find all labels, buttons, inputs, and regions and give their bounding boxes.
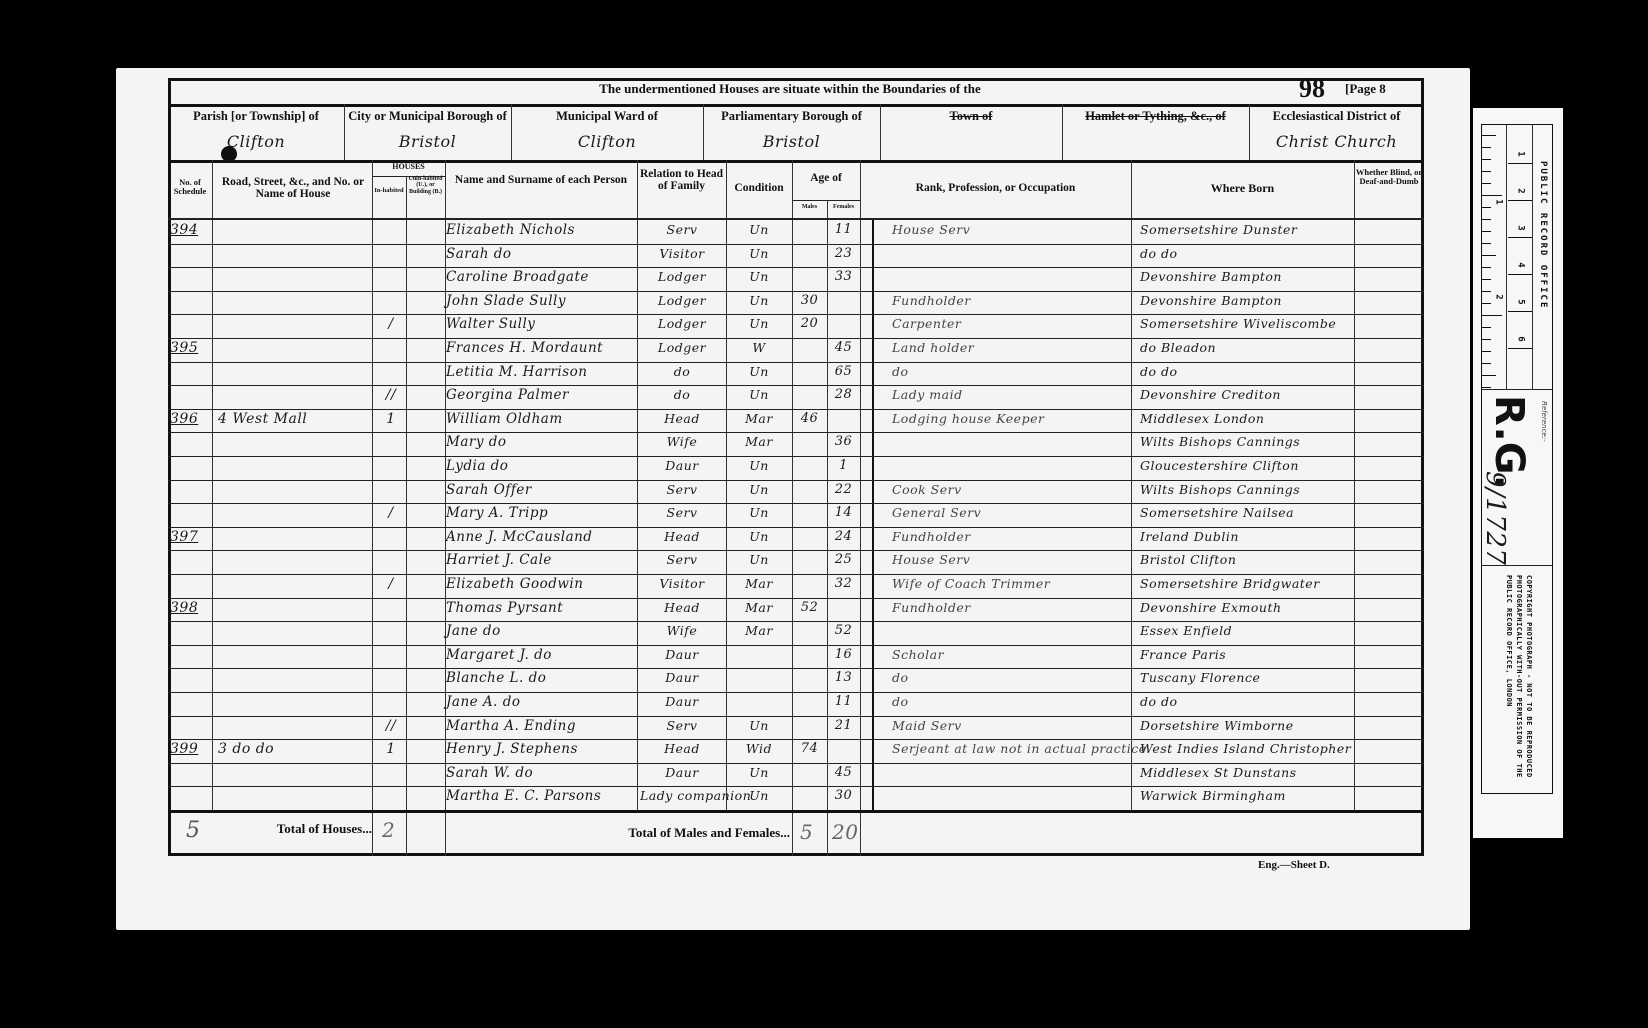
cell-born: Warwick Birmingham	[1134, 788, 1360, 803]
cell-occupation: Lodging house Keeper	[878, 411, 1142, 426]
cell-born: Somersetshire Dunster	[1134, 222, 1360, 237]
cell-name: Walter Sully	[440, 316, 646, 332]
cell-relation: Daur	[640, 458, 724, 473]
record-office-ruler-card: 12123456PUBLIC RECORD OFFICEReference:-R…	[1473, 108, 1563, 838]
cell-condition: Mar	[728, 434, 790, 449]
cell-name: William Oldham	[440, 411, 646, 427]
ruler-cm-mark: 2	[1516, 188, 1526, 193]
cell-female: 21	[827, 718, 860, 733]
header-blind: Whether Blind, or Deaf-and-Dumb	[1354, 168, 1424, 186]
cell-born: Devonshire Bampton	[1134, 293, 1360, 308]
cell-born: Wilts Bishops Cannings	[1134, 434, 1360, 449]
header-uninhabited: Unin-habited (U.), or Building (B.)	[406, 176, 445, 195]
ruler-inch-mark: 1	[1494, 199, 1504, 204]
cell-female: 33	[827, 269, 860, 284]
cell-occupation: Land holder	[878, 340, 1142, 355]
cell-inhabited: /	[376, 576, 406, 592]
cell-relation: Daur	[640, 647, 724, 662]
cell-born: Middlesex London	[1134, 411, 1360, 426]
cell-male: 74	[792, 741, 827, 756]
header-females: Females	[827, 204, 860, 210]
cell-condition: Un	[728, 316, 790, 331]
cell-name: Lydia do	[440, 458, 646, 474]
cell-condition: Mar	[728, 600, 790, 615]
cell-born: Devonshire Crediton	[1134, 387, 1360, 402]
boundary-value-3: Bristol	[703, 132, 880, 151]
cell-name: Sarah Offer	[440, 482, 646, 498]
cell-condition: Un	[728, 505, 790, 520]
cell-female: 23	[827, 246, 860, 261]
total-houses-value: 2	[382, 818, 395, 842]
cell-female: 22	[827, 482, 860, 497]
cell-born: France Paris	[1134, 647, 1360, 662]
ruler-cm-mark: 3	[1516, 225, 1526, 230]
cell-relation: Head	[640, 529, 724, 544]
cell-condition: Un	[728, 387, 790, 402]
cell-relation: Wife	[640, 434, 724, 449]
cell-condition: Wid	[728, 741, 790, 756]
cell-born: West Indies Island Christopher	[1134, 741, 1360, 756]
schedules-count: 5	[186, 818, 201, 843]
cell-relation: Visitor	[640, 246, 724, 261]
ruler-cm-mark: 6	[1516, 336, 1526, 341]
cell-name: Caroline Broadgate	[440, 269, 646, 285]
ruler-cm-mark: 5	[1516, 299, 1526, 304]
cell-female: 13	[827, 670, 860, 685]
ruler-cm-mark: 1	[1516, 151, 1526, 156]
boundary-label-1: City or Municipal Borough of	[344, 110, 511, 123]
cell-schedule: 397	[170, 529, 212, 545]
cell-relation: Wife	[640, 623, 724, 638]
header-inhabited: In-habited	[372, 188, 406, 195]
cell-inhabited: /	[376, 505, 406, 521]
cell-condition: Un	[728, 529, 790, 544]
cell-occupation: Serjeant at law not in actual practice	[878, 741, 1142, 756]
cell-female: 28	[827, 387, 860, 402]
cell-name: Elizabeth Goodwin	[440, 576, 646, 592]
cell-born: Gloucestershire Clifton	[1134, 458, 1360, 473]
cell-relation: do	[640, 364, 724, 379]
cell-relation: Lodger	[640, 340, 724, 355]
cell-condition: Mar	[728, 623, 790, 638]
cell-name: Jane A. do	[440, 694, 646, 710]
cell-schedule: 396	[170, 411, 212, 427]
cell-road: 3 do do	[218, 741, 368, 757]
cell-female: 1	[827, 458, 860, 473]
cell-occupation: Wife of Coach Trimmer	[878, 576, 1142, 591]
ruler-inch-mark: 2	[1494, 294, 1504, 299]
header-occupation: Rank, Profession, or Occupation	[860, 182, 1131, 194]
copyright-notice: COPYRIGHT PHOTOGRAPH - NOT TO BE REPRODU…	[1504, 575, 1534, 795]
total-males-value: 5	[800, 820, 813, 844]
cell-relation: Lodger	[640, 316, 724, 331]
punch-hole	[221, 146, 237, 162]
cell-born: Bristol Clifton	[1134, 552, 1360, 567]
boundary-label-6: Ecclesiastical District of	[1249, 110, 1424, 123]
cell-male: 20	[792, 316, 827, 331]
cell-occupation: do	[878, 670, 1142, 685]
cell-relation: Lady companion	[640, 788, 724, 803]
cell-name: Georgina Palmer	[440, 387, 646, 403]
reference-label: Reference:-	[1540, 401, 1548, 442]
cell-born: Tuscany Florence	[1134, 670, 1360, 685]
cell-relation: Serv	[640, 482, 724, 497]
cell-born: do do	[1134, 364, 1360, 379]
header-relation: Relation to Head of Family	[637, 168, 726, 192]
footer-text: Eng.—Sheet D.	[1258, 860, 1330, 872]
cell-born: Devonshire Bampton	[1134, 269, 1360, 284]
cell-schedule: 395	[170, 340, 212, 356]
cell-born: Somersetshire Bridgwater	[1134, 576, 1360, 591]
cell-condition: W	[728, 340, 790, 355]
cell-name: Elizabeth Nichols	[440, 222, 646, 238]
cell-relation: Serv	[640, 552, 724, 567]
boundary-label-0: Parish [or Township] of	[168, 110, 344, 123]
cell-relation: Head	[640, 411, 724, 426]
cell-condition: Un	[728, 364, 790, 379]
cell-male: 30	[792, 293, 827, 308]
boundary-value-1: Bristol	[344, 132, 511, 151]
cell-female: 32	[827, 576, 860, 591]
cell-condition: Un	[728, 788, 790, 803]
cell-born: Devonshire Exmouth	[1134, 600, 1360, 615]
header-houses: HOUSES	[372, 163, 445, 171]
cell-name: Martha A. Ending	[440, 718, 646, 734]
cell-name: Anne J. McCausland	[440, 529, 646, 545]
boundary-value-0: Clifton	[168, 132, 344, 151]
total-females-value: 20	[832, 820, 858, 844]
cell-occupation: do	[878, 694, 1142, 709]
cell-name: Sarah W. do	[440, 765, 646, 781]
cell-born: Dorsetshire Wimborne	[1134, 718, 1360, 733]
cell-inhabited: /	[376, 316, 406, 332]
cell-relation: Lodger	[640, 293, 724, 308]
cell-female: 14	[827, 505, 860, 520]
cell-born: do Bleadon	[1134, 340, 1360, 355]
cell-female: 11	[827, 694, 860, 709]
cell-occupation: House Serv	[878, 222, 1142, 237]
cell-inhabited: 1	[376, 741, 406, 757]
cell-condition: Un	[728, 246, 790, 261]
boundary-value-6: Christ Church	[1249, 132, 1424, 151]
cell-name: Letitia M. Harrison	[440, 364, 646, 380]
cell-name: Mary do	[440, 434, 646, 450]
cell-female: 30	[827, 788, 860, 803]
cell-condition: Un	[728, 269, 790, 284]
boundary-label-3: Parliamentary Borough of	[703, 110, 880, 123]
cell-relation: Head	[640, 741, 724, 756]
cell-occupation: Scholar	[878, 647, 1142, 662]
cell-born: Middlesex St Dunstans	[1134, 765, 1360, 780]
folio-number: 98	[1299, 74, 1325, 104]
cell-condition: Un	[728, 552, 790, 567]
cell-relation: Lodger	[640, 269, 724, 284]
page-label: [Page 8	[1345, 82, 1386, 96]
cell-born: Wilts Bishops Cannings	[1134, 482, 1360, 497]
cell-relation: Serv	[640, 505, 724, 520]
cell-born: Somersetshire Nailsea	[1134, 505, 1360, 520]
cell-schedule: 399	[170, 741, 212, 757]
cell-relation: Visitor	[640, 576, 724, 591]
cell-born: Somersetshire Wiveliscombe	[1134, 316, 1360, 331]
cell-name: John Slade Sully	[440, 293, 646, 309]
cell-male: 52	[792, 600, 827, 615]
boundary-label-2: Municipal Ward of	[511, 110, 703, 123]
cell-relation: Serv	[640, 718, 724, 733]
cell-relation: do	[640, 387, 724, 402]
cell-female: 11	[827, 222, 860, 237]
cell-name: Frances H. Mordaunt	[440, 340, 646, 356]
cell-female: 45	[827, 340, 860, 355]
header-name: Name and Surname of each Person	[445, 174, 637, 186]
cell-name: Thomas Pyrsant	[440, 600, 646, 616]
cell-born: do do	[1134, 246, 1360, 261]
cell-name: Mary A. Tripp	[440, 505, 646, 521]
cell-occupation: House Serv	[878, 552, 1142, 567]
cell-female: 52	[827, 623, 860, 638]
cell-occupation: Carpenter	[878, 316, 1142, 331]
header-condition: Condition	[726, 182, 792, 194]
cell-occupation: Fundholder	[878, 529, 1142, 544]
header-age-of: Age of	[792, 172, 860, 184]
cell-occupation: Maid Serv	[878, 718, 1142, 733]
cell-road: 4 West Mall	[218, 411, 368, 427]
cell-occupation: General Serv	[878, 505, 1142, 520]
cell-female: 25	[827, 552, 860, 567]
cell-name: Blanche L. do	[440, 670, 646, 686]
cell-name: Sarah do	[440, 246, 646, 262]
cell-inhabited: 1	[376, 411, 406, 427]
cell-name: Henry J. Stephens	[440, 741, 646, 757]
cell-condition: Un	[728, 458, 790, 473]
cell-occupation: Fundholder	[878, 293, 1142, 308]
boundary-label-5: Hamlet or Tything, &c., of	[1062, 110, 1249, 123]
cell-born: Ireland Dublin	[1134, 529, 1360, 544]
boundary-label-4: Town of	[880, 110, 1062, 123]
cell-inhabited: //	[376, 718, 406, 734]
cell-occupation: Cook Serv	[878, 482, 1142, 497]
cell-name: Martha E. C. Parsons	[440, 788, 646, 804]
ruler-cm-mark: 4	[1516, 262, 1526, 267]
cell-name: Margaret J. do	[440, 647, 646, 663]
cell-condition: Un	[728, 222, 790, 237]
cell-female: 24	[827, 529, 860, 544]
cell-schedule: 394	[170, 222, 212, 238]
header-where-born: Where Born	[1131, 182, 1354, 195]
cell-relation: Daur	[640, 694, 724, 709]
header-road: Road, Street, &c., and No. or Name of Ho…	[214, 176, 372, 200]
cell-condition: Mar	[728, 411, 790, 426]
cell-condition: Un	[728, 293, 790, 308]
header-text: The undermentioned Houses are situate wi…	[560, 82, 1020, 96]
cell-condition: Un	[728, 765, 790, 780]
total-houses-label: Total of Houses...	[262, 822, 372, 836]
cell-female: 36	[827, 434, 860, 449]
cell-relation: Serv	[640, 222, 724, 237]
total-persons-label: Total of Males and Females...	[590, 826, 790, 840]
cell-condition: Un	[728, 482, 790, 497]
cell-relation: Head	[640, 600, 724, 615]
header-males: Males	[792, 204, 827, 210]
cell-occupation: do	[878, 364, 1142, 379]
cell-male: 46	[792, 411, 827, 426]
cell-occupation: Lady maid	[878, 387, 1142, 402]
cell-female: 45	[827, 765, 860, 780]
cell-condition: Mar	[728, 576, 790, 591]
header-schedule: No. of Schedule	[168, 178, 212, 196]
cell-name: Jane do	[440, 623, 646, 639]
cell-relation: Daur	[640, 765, 724, 780]
cell-female: 16	[827, 647, 860, 662]
cell-born: do do	[1134, 694, 1360, 709]
cell-name: Harriet J. Cale	[440, 552, 646, 568]
ruler-title: PUBLIC RECORD OFFICE	[1538, 161, 1548, 309]
cell-born: Essex Enfield	[1134, 623, 1360, 638]
cell-inhabited: //	[376, 387, 406, 403]
cell-schedule: 398	[170, 600, 212, 616]
cell-relation: Daur	[640, 670, 724, 685]
boundary-value-2: Clifton	[511, 132, 703, 151]
reference-number: 9/1727	[1480, 471, 1510, 565]
cell-female: 65	[827, 364, 860, 379]
cell-occupation: Fundholder	[878, 600, 1142, 615]
cell-condition: Un	[728, 718, 790, 733]
